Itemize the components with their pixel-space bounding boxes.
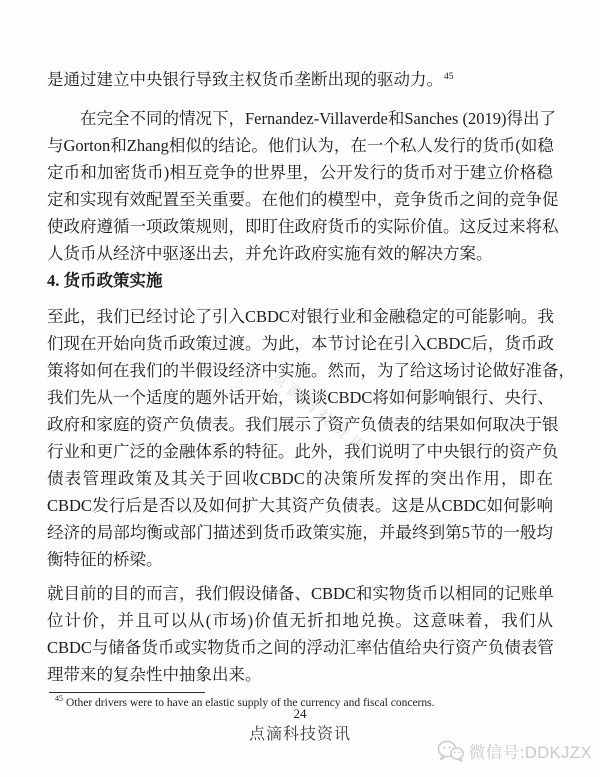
text-line: 是通过建立中央银行导致主权货币垄断出现的驱动力。45 [47, 66, 553, 93]
text-line: 与Gorton和Zhang相似的结论。他们认为，在一个私人发行的货币(如稳 [47, 132, 553, 159]
text-line: 人货币从经济中驱逐出去，并允许政府实施有效的解决方案。 [47, 240, 553, 267]
paragraph-4: 就目前的目的而言，我们假设储备、CBDC和实物货币以相同的记账单位计价，并且可以… [47, 580, 553, 688]
text-line: 衡特征的桥梁。 [47, 546, 553, 573]
text-line: 至此，我们已经讨论了引入CBDC对银行业和金融稳定的可能影响。我 [47, 303, 553, 330]
wechat-watermark-label: 微信号:DDKJZX [469, 739, 592, 763]
text-line: 我们先从一个适度的题外话开始，谈谈CBDC将如何影响银行、央行、 [47, 384, 553, 411]
paragraph-2: 在完全不同的情况下，Fernandez-Villaverde和Sanches (… [47, 105, 553, 267]
text-line: 策将如何在我们的半假设经济中实施。然而，为了给这场讨论做好准备， [47, 357, 553, 384]
text-line: 定和实现有效配置至关重要。在他们的模型中，竞争货币之间的竞争促 [47, 186, 553, 213]
text-line: 定币和加密货币)相互竞争的世界里，公开发行的货币对于建立价格稳 [47, 159, 553, 186]
text-line: 位计价，并且可以从(市场)价值无折扣地兑换。这意味着，我们从 [47, 607, 553, 634]
document-page: 点滴科技资讯 是通过建立中央银行导致主权货币垄断出现的驱动力。45 在完全不同的… [0, 0, 600, 777]
section-heading: 4. 货币政策实施 [47, 267, 553, 294]
text-line: 使政府遵循一项政策规则，即盯住政府货币的实际价值。这反过来将私 [47, 213, 553, 240]
paragraph-3: 至此，我们已经讨论了引入CBDC对银行业和金融稳定的可能影响。我们现在开始向货币… [47, 303, 553, 573]
wechat-icon [437, 740, 464, 763]
text-line: 行业和更广泛的金融体系的特征。此外，我们说明了中央银行的资产负 [47, 438, 553, 465]
text-line: 们现在开始向货币政策过渡。为此，本节讨论在引入CBDC后，货币政 [47, 330, 553, 357]
footnote-number: 45 [55, 694, 63, 703]
text-line: 政府和家庭的资产负债表。我们展示了资产负债表的结果如何取决于银 [47, 411, 553, 438]
text-line: 债表管理政策及其关于回收CBDC的决策所发挥的突出作用，即在 [47, 465, 553, 492]
text-line: 在完全不同的情况下，Fernandez-Villaverde和Sanches (… [47, 105, 553, 132]
text-line: 就目前的目的而言，我们假设储备、CBDC和实物货币以相同的记账单 [47, 580, 553, 607]
paragraph-1: 是通过建立中央银行导致主权货币垄断出现的驱动力。45 [47, 66, 553, 93]
text-line: CBDC发行后是否以及如何扩大其资产负债表。这是从CBDC如何影响 [47, 492, 553, 519]
wechat-watermark: 微信号:DDKJZX [437, 739, 592, 763]
paragraph-1-text: 是通过建立中央银行导致主权货币垄断出现的驱动力。 [47, 70, 443, 89]
footnote-divider [49, 692, 205, 693]
page-number: 24 [0, 706, 600, 722]
page-body-text: 是通过建立中央银行导致主权货币垄断出现的驱动力。45 在完全不同的情况下，Fer… [47, 66, 553, 710]
text-line: 理带来的复杂性中抽象出来。 [47, 661, 553, 688]
text-line: CBDC与储备货币或实物货币之间的浮动汇率估值给央行资产负债表管 [47, 634, 553, 661]
text-line: 经济的局部均衡或部门描述到货币政策实施，并最终到第5节的一般均 [47, 519, 553, 546]
footnote-reference: 45 [444, 72, 454, 82]
